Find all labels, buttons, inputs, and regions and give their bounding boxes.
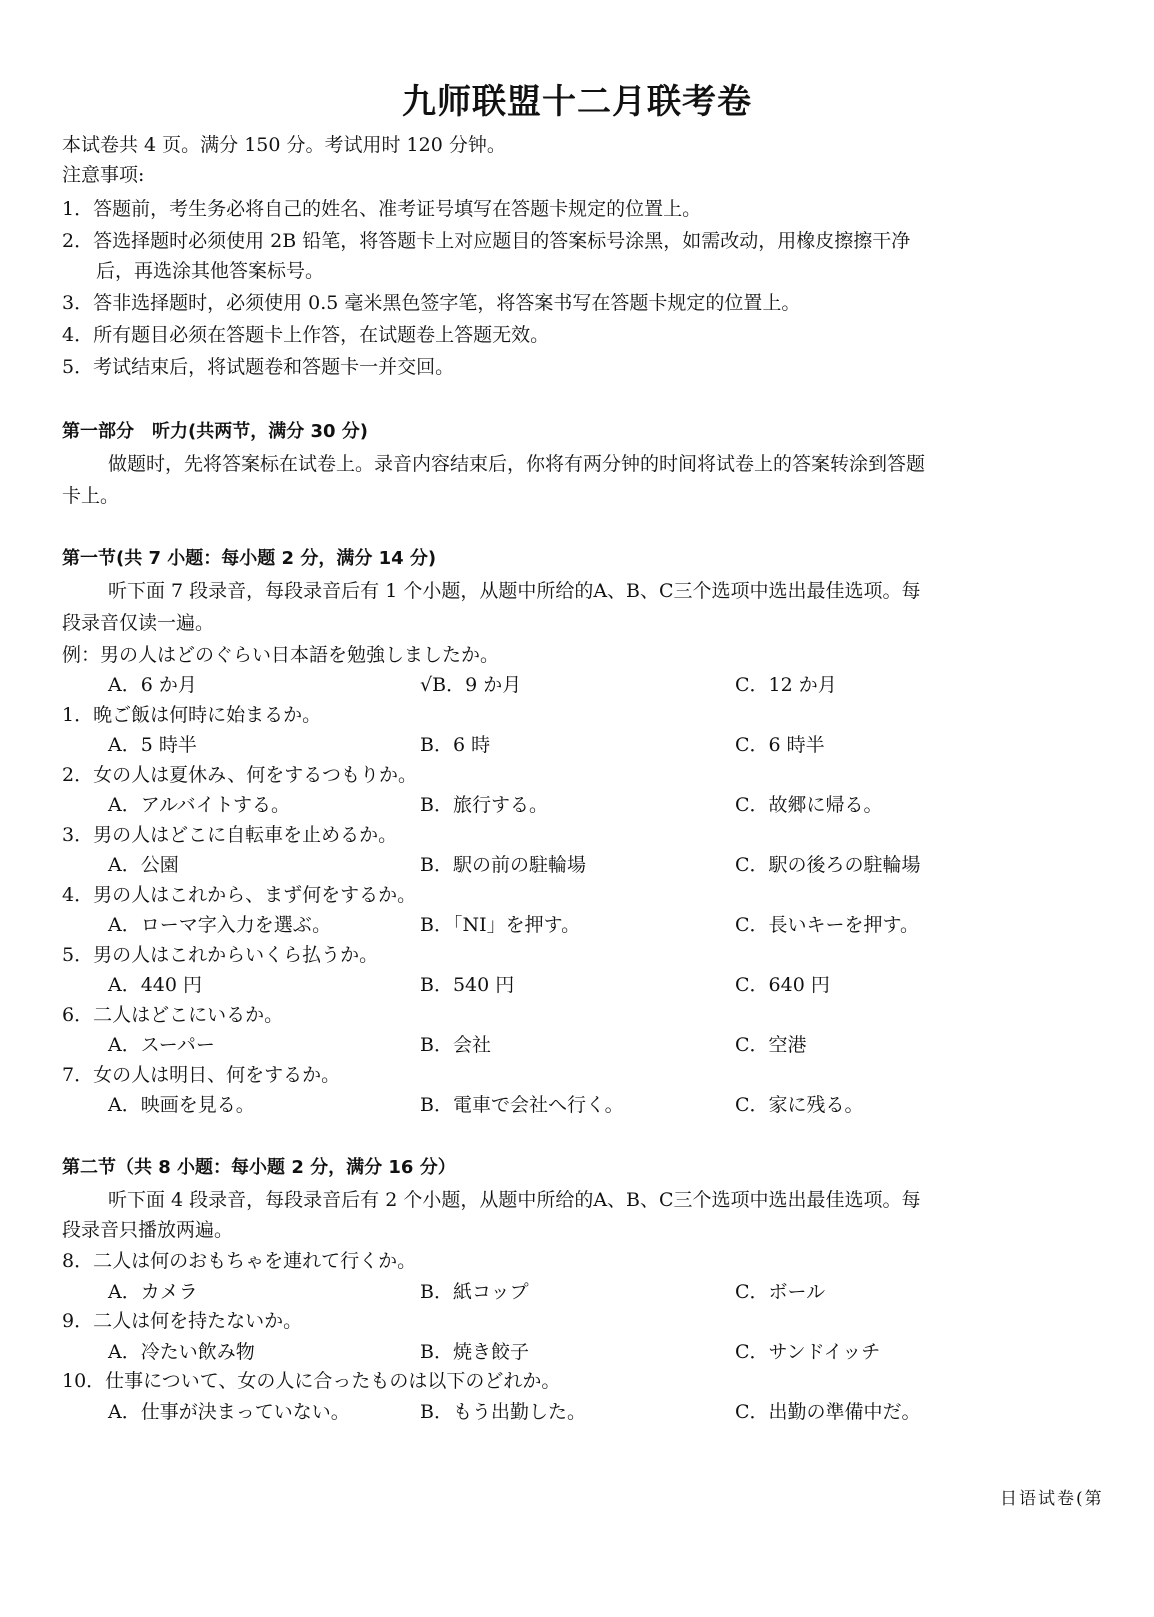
example-option-a: A．6 か月 [108, 670, 197, 700]
option-b: B．電車で会社へ行く。 [420, 1090, 624, 1120]
question-3: 3．男の人はどこに自転車を止めるか。 [62, 820, 397, 850]
option-c: C．故郷に帰る。 [735, 790, 883, 820]
part1-heading: 第一部分 听力(共两节，满分 30 分) [62, 417, 368, 447]
question-10: 10．仕事について、女の人に合ったものは以下のどれか。 [62, 1366, 560, 1396]
notes-heading: 注意事项: [62, 160, 144, 190]
note-item: 1．答题前，考生务必将自己的姓名、准考证号填写在答题卡规定的位置上。 [62, 194, 701, 224]
option-a: A．アルバイトする。 [108, 790, 290, 820]
option-a: A．冷たい飲み物 [108, 1337, 255, 1367]
option-c: C．出勤の準備中だ。 [735, 1397, 921, 1427]
option-a: A．ローマ字入力を選ぶ。 [108, 910, 331, 940]
part1-instructions: 做题时，先将答案标在试卷上。录音内容结束后，你将有两分钟的时间将试卷上的答案转涂… [108, 449, 925, 479]
option-a: A．スーパー [108, 1030, 215, 1060]
option-b: B．紙コップ [420, 1277, 529, 1307]
section1-instructions-continued: 段录音仅读一遍。 [62, 608, 214, 638]
question-2: 2．女の人は夏休み、何をするつもりか。 [62, 760, 417, 790]
question-8: 8．二人は何のおもちゃを連れて行くか。 [62, 1246, 416, 1276]
section2-instructions-continued: 段录音只播放两遍。 [62, 1215, 233, 1245]
option-b: B．焼き餃子 [420, 1337, 529, 1367]
option-c: C．6 時半 [735, 730, 825, 760]
note-item: 3．答非选择题时，必须使用 0.5 毫米黑色签字笔，将答案书写在答题卡规定的位置… [62, 288, 800, 318]
option-c: C．空港 [735, 1030, 807, 1060]
question-5: 5．男の人はこれからいくら払うか。 [62, 940, 378, 970]
question-9: 9．二人は何を持たないか。 [62, 1306, 302, 1336]
option-b: B．駅の前の駐輪場 [420, 850, 586, 880]
exam-summary: 本试卷共 4 页。满分 150 分。考试用时 120 分钟。 [62, 130, 506, 160]
note-item: 5．考试结束后，将试题卷和答题卡一并交回。 [62, 352, 454, 382]
option-a: A．カメラ [108, 1277, 198, 1307]
option-b: B．6 時 [420, 730, 490, 760]
example-option-c: C．12 か月 [735, 670, 837, 700]
option-a: A．映画を見る。 [108, 1090, 255, 1120]
section2-instructions: 听下面 4 段录音，每段录音后有 2 个小题，从题中所给的A、B、C三个选项中选… [108, 1185, 921, 1215]
page-footer: 日语试卷(第 [1000, 1484, 1104, 1509]
option-b: B．もう出勤した。 [420, 1397, 586, 1427]
option-b: B．旅行する。 [420, 790, 548, 820]
exam-page: 九师联盟十二月联考卷 本试卷共 4 页。满分 150 分。考试用时 120 分钟… [0, 0, 1154, 1617]
option-a: A．公園 [108, 850, 179, 880]
example-option-b: √B．9 か月 [420, 670, 521, 700]
option-a: A．仕事が決まっていない。 [108, 1397, 350, 1427]
option-c: C．駅の後ろの駐輪場 [735, 850, 921, 880]
section2-heading: 第二节（共 8 小题：每小题 2 分，满分 16 分） [62, 1153, 456, 1183]
section1-instructions: 听下面 7 段录音，每段录音后有 1 个小题，从题中所给的A、B、C三个选项中选… [108, 576, 921, 606]
part1-instructions-continued: 卡上。 [62, 481, 119, 511]
question-1: 1．晩ご飯は何時に始まるか。 [62, 700, 321, 730]
section1-heading: 第一节(共 7 小题：每小题 2 分，满分 14 分) [62, 544, 436, 574]
option-a: A．440 円 [108, 970, 202, 1000]
option-c: C．家に残る。 [735, 1090, 864, 1120]
question-6: 6．二人はどこにいるか。 [62, 1000, 283, 1030]
example-question: 例：男の人はどのぐらい日本語を勉強しましたか。 [62, 640, 499, 670]
question-7: 7．女の人は明日、何をするか。 [62, 1060, 340, 1090]
option-c: C．640 円 [735, 970, 830, 1000]
option-a: A．5 時半 [108, 730, 197, 760]
question-4: 4．男の人はこれから、まず何をするか。 [62, 880, 416, 910]
option-c: C．ボール [735, 1277, 825, 1307]
option-c: C．長いキーを押す。 [735, 910, 919, 940]
note-item: 4．所有题目必须在答题卡上作答，在试题卷上答题无效。 [62, 320, 549, 350]
option-b: B．540 円 [420, 970, 514, 1000]
page-title: 九师联盟十二月联考卷 [0, 74, 1154, 123]
note-item: 2．答选择题时必须使用 2B 铅笔，将答题卡上对应题目的答案标号涂黑，如需改动，… [62, 226, 910, 256]
option-b: B．会社 [420, 1030, 491, 1060]
option-b: B．「NI」を押す。 [420, 910, 580, 940]
note-item-continued: 后，再选涂其他答案标号。 [96, 256, 324, 286]
option-c: C．サンドイッチ [735, 1337, 880, 1367]
